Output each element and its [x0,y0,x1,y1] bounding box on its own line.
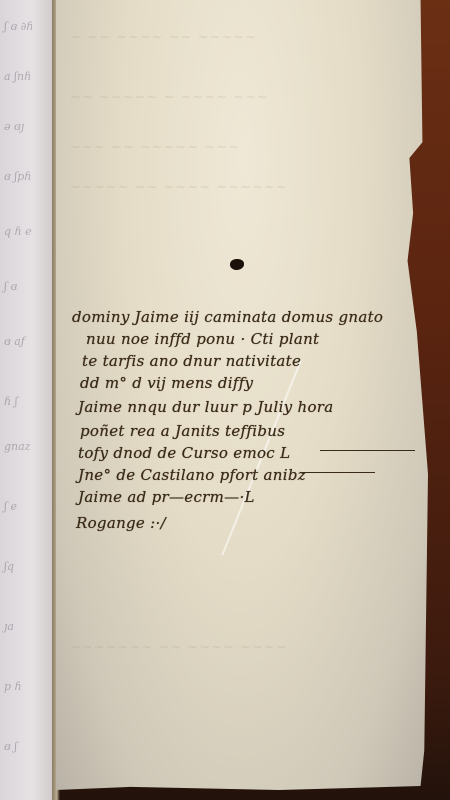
manuscript-line: Rogange :·/ [76,514,166,532]
manuscript-folio [56,0,428,790]
bleed-through-text: ǝ ɞȷ [4,120,24,133]
manuscript-line: dd m° d vij mens diffy [80,374,253,392]
bleed-through-text: ~~~ ~~ ~~~~~ ~~~ [70,140,400,155]
bleed-through-text: ʃ ɞ ∂ɦ [4,20,34,33]
pen-flourish [320,448,415,451]
manuscript-line: tofy dnod de Curso emoc L [78,444,290,462]
facing-left-page: ʃ ɞ ∂ɦ a ʃnɦ ǝ ɞȷ ɞ ʃpɦ q ɦ e ʃ ɞ ɞ aƒ ɦ… [0,0,55,800]
bleed-through-text: ~ ~~ ~~~~ ~~ ~~~~~ [70,30,400,45]
bleed-through-text: a ʃnɦ [4,70,31,83]
bleed-through-text: ʃq [4,560,14,573]
bleed-through-text: ~~ ~~~~~ ~ ~~~~ ~~~ [70,90,400,105]
bleed-through-text: ȷa [4,620,14,633]
bleed-through-text: q ɦ e [4,225,32,238]
bleed-through-text: ʃ e [4,500,17,513]
bleed-through-text: ~~~~~~~ ~~ ~~~~ ~~~~ [70,640,400,655]
manuscript-line: Jaime ad pr—ecrm—·L [78,488,255,506]
manuscript-line: te tarfis ano dnur nativitate [82,352,301,370]
bleed-through-text: ɦ ʃ [4,395,18,408]
bleed-through-text: ʃ ɞ [4,280,17,293]
bleed-through-text: ɞ aƒ [4,335,25,348]
pen-flourish [300,470,375,473]
bleed-through-text: ~~~~~ ~~ ~~~~ ~~~~~~ [70,180,400,195]
bleed-through-text: gnaz [4,440,30,453]
manuscript-line: nuu noe inffd ponu · Cti plant [86,330,319,348]
bleed-through-text: ɞ ʃ [4,740,17,753]
bleed-through-text: ɞ ʃpɦ [4,170,31,183]
manuscript-line: Jaime nnqu dur luur p Juliy hora [78,398,334,416]
manuscript-line: Jne° de Castilano pfort anibz [78,466,306,484]
bleed-through-text: p ɦ [4,680,22,693]
manuscript-line: dominy Jaime iij caminata domus gnato [72,308,383,326]
manuscript-line: poñet rea a Janits teffibus [80,422,285,440]
